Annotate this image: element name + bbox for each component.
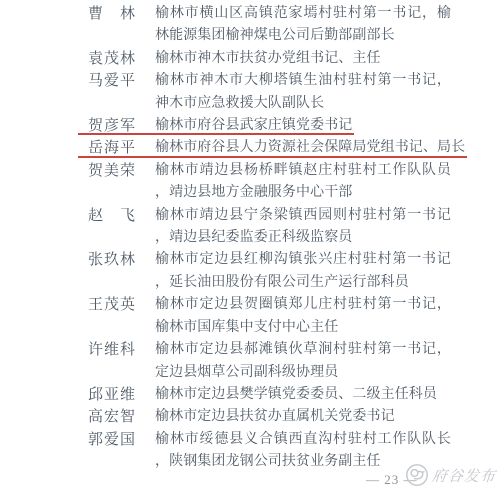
recipient-title: 榆林市神木市扶贫办党组书记、主任 (155, 48, 451, 70)
recipient-name: 张玖林 (88, 249, 138, 271)
recipient-title: 榆林市府谷县武家庄镇党委书记 (155, 115, 352, 137)
watermark-label: 府谷发布 (431, 465, 497, 486)
list-item: 曹 林 榆林市横山区高镇范家墕村驻村第一书记，榆林能源集团榆神煤电公司后勤部副部… (0, 3, 500, 48)
list-item: 赵 飞 榆林市靖边县宁条梁镇西园则村驻村第一书记，靖边县纪委监委正科级监察员 (0, 205, 500, 250)
recipient-name: 曹 林 (88, 3, 138, 25)
recipient-name: 邱亚维 (88, 384, 138, 406)
recipient-name: 王茂英 (88, 294, 138, 316)
recipient-title: 榆林市靖边县宁条梁镇西园则村驻村第一书记，靖边县纪委监委正科级监察员 (155, 205, 451, 250)
recipient-name: 郭爱国 (88, 429, 138, 451)
recipient-name: 岳海平 (88, 137, 138, 159)
list-item: 王茂英 榆林市定边县贺圈镇郑儿庄村驻村第一书记，榆林市国库集中支付中心主任 (0, 294, 500, 339)
list-item: 贺美荣 榆林市靖边县杨桥畔镇赵庄村驻村工作队队员，靖边县地方金融服务中心干部 (0, 160, 500, 205)
recipient-title: 榆林市定边县红柳沟镇张兴庄村驻村第一书记，延长油田股份有限公司生产运行部科员 (155, 249, 451, 294)
recipient-title: 榆林市定边县樊学镇党委委员、二级主任科员 (155, 384, 451, 406)
list-item: 许维科 榆林市定边县郝滩镇伙草涧村驻村第一书记，定边县烟草公司副科级协理员 (0, 339, 500, 384)
recipient-name: 贺彦军 (88, 115, 138, 137)
recipient-title: 榆林市定边县贺圈镇郑儿庄村驻村第一书记，榆林市国库集中支付中心主任 (155, 294, 451, 339)
bird-logo-icon (405, 463, 429, 487)
recipient-name: 马爱平 (88, 70, 138, 92)
list-item: 邱亚维 榆林市定边县樊学镇党委委员、二级主任科员 (0, 384, 500, 406)
recipient-title: 榆林市定边县扶贫办直属机关党委书记 (155, 406, 451, 428)
recipient-title: 榆林市定边县郝滩镇伙草涧村驻村第一书记，定边县烟草公司副科级协理员 (155, 339, 451, 384)
recipient-name: 高宏智 (88, 406, 138, 428)
recipient-title: 榆林市府谷县人力资源社会保障局党组书记、局长 (155, 137, 465, 159)
recipient-name: 许维科 (88, 339, 138, 361)
document-page: 曹 林 榆林市横山区高镇范家墕村驻村第一书记，榆林能源集团榆神煤电公司后勤部副部… (0, 0, 500, 499)
recipient-name: 贺美荣 (88, 160, 138, 182)
list-item: 高宏智 榆林市定边县扶贫办直属机关党委书记 (0, 406, 500, 428)
recipient-list: 曹 林 榆林市横山区高镇范家墕村驻村第一书记，榆林能源集团榆神煤电公司后勤部副部… (0, 3, 500, 474)
list-item: 张玖林 榆林市定边县红柳沟镇张兴庄村驻村第一书记，延长油田股份有限公司生产运行部… (0, 249, 500, 294)
recipient-title: 榆林市横山区高镇范家墕村驻村第一书记，榆林能源集团榆神煤电公司后勤部副部长 (155, 3, 451, 48)
list-item: 袁茂林 榆林市神木市扶贫办党组书记、主任 (0, 48, 500, 70)
list-item: 岳海平 榆林市府谷县人力资源社会保障局党组书记、局长 (0, 137, 465, 159)
recipient-name: 袁茂林 (88, 48, 138, 70)
publisher-watermark: 府谷发布 (405, 463, 496, 487)
recipient-title: 榆林市神木市大柳塔镇生油村驻村第一书记，神木市应急救援大队副队长 (155, 70, 451, 115)
list-item: 马爱平 榆林市神木市大柳塔镇生油村驻村第一书记，神木市应急救援大队副队长 (0, 70, 500, 115)
recipient-name: 赵 飞 (88, 205, 138, 227)
list-item: 贺彦军 榆林市府谷县武家庄镇党委书记 (0, 115, 352, 137)
recipient-title: 榆林市靖边县杨桥畔镇赵庄村驻村工作队队员，靖边县地方金融服务中心干部 (155, 160, 451, 205)
